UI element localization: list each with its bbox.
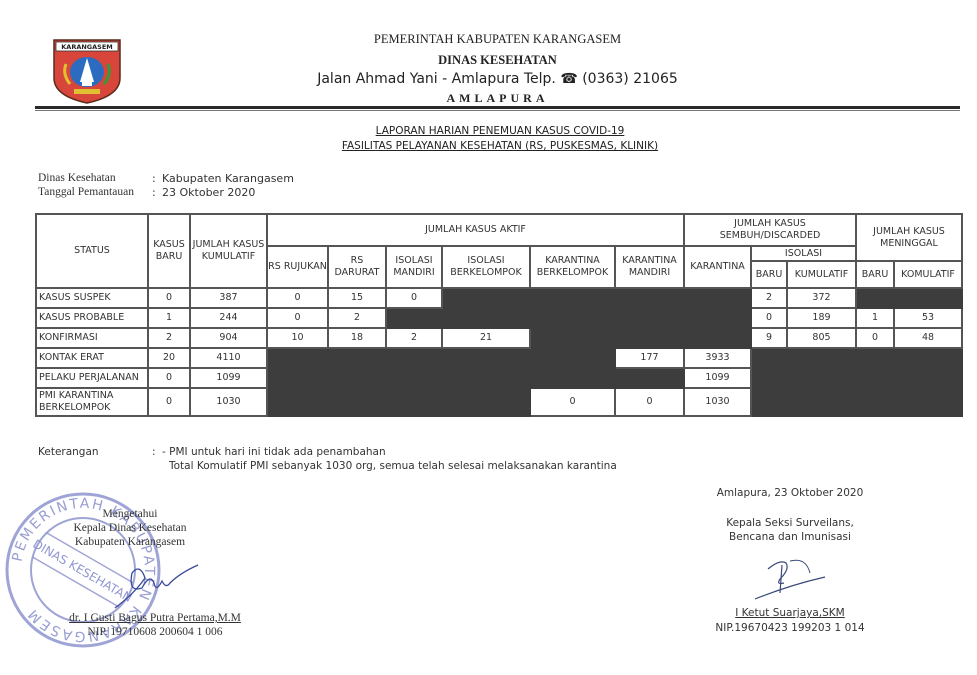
cell-rs-darurat: [328, 368, 386, 388]
cell-karantina: 1030: [684, 388, 751, 416]
cell-sembuh-baru: [751, 368, 787, 388]
cell-baru: 0: [148, 368, 190, 388]
cell-kumulatif: 904: [190, 328, 267, 348]
cell-meninggal-kumulatif: 53: [894, 308, 962, 328]
cell-rs-rujukan: [267, 388, 328, 416]
cell-baru: 1: [148, 308, 190, 328]
cell-rs-rujukan: 0: [267, 288, 328, 308]
cell-meninggal-kumulatif: [894, 368, 962, 388]
header-kasus-baru: KASUS BARU: [148, 214, 190, 288]
cell-status: KASUS PROBABLE: [36, 308, 148, 328]
meta-colon: :: [152, 186, 156, 199]
header-isolasi-baru: BARU: [751, 261, 787, 288]
cell-karantina: [684, 308, 751, 328]
header-karantina-mandiri: KARANTINA MANDIRI: [615, 246, 684, 288]
header-status: STATUS: [36, 214, 148, 288]
cell-status: PMI KARANTINA BERKELOMPOK: [36, 388, 148, 416]
cell-meninggal-baru: [856, 348, 894, 368]
header-rs-darurat: RS DARURAT: [328, 246, 386, 288]
cell-meninggal-baru: 1: [856, 308, 894, 328]
cell-karantina-berkelompok: [530, 328, 615, 348]
cell-karantina-berkelompok: [530, 308, 615, 328]
sig-right-line-2: Bencana dan Imunisasi: [690, 531, 890, 543]
cell-baru: 20: [148, 348, 190, 368]
table-body: KASUS SUSPEK038701502372KASUS PROBABLE12…: [36, 288, 962, 416]
cell-karantina-mandiri: [615, 328, 684, 348]
cell-meninggal-baru: 0: [856, 328, 894, 348]
cell-sembuh-baru: 9: [751, 328, 787, 348]
cell-meninggal-kumulatif: [894, 388, 962, 416]
cell-rs-darurat: 18: [328, 328, 386, 348]
cell-sembuh-kumulatif: 372: [787, 288, 856, 308]
table-row: KONTAK ERAT2041101773933: [36, 348, 962, 368]
cell-sembuh-kumulatif: [787, 388, 856, 416]
cell-kumulatif: 1030: [190, 388, 267, 416]
cell-karantina-mandiri: 177: [615, 348, 684, 368]
header-isolasi-berkelompok: ISOLASI BERKELOMPOK: [442, 246, 530, 288]
cell-isolasi-mandiri: 2: [386, 328, 442, 348]
table-row: PMI KARANTINA BERKELOMPOK01030001030: [36, 388, 962, 416]
cell-karantina-berkelompok: [530, 348, 615, 368]
cell-kumulatif: 387: [190, 288, 267, 308]
cell-meninggal-kumulatif: [894, 288, 962, 308]
header-rs-rujukan: RS RUJUKAN: [267, 246, 328, 288]
table-row: KASUS PROBABLE1244020189153: [36, 308, 962, 328]
letterhead-city: AMLAPURA: [300, 91, 695, 106]
header-kasus-aktif: JUMLAH KASUS AKTIF: [267, 214, 684, 246]
karangasem-logo: KARANGASEM: [52, 38, 122, 104]
cell-sembuh-kumulatif: 189: [787, 308, 856, 328]
cell-karantina-berkelompok: [530, 368, 615, 388]
cell-baru: 0: [148, 388, 190, 416]
cell-rs-rujukan: [267, 348, 328, 368]
letterhead-address: Jalan Ahmad Yani - Amlapura Telp. ☎ (036…: [300, 71, 695, 87]
cell-karantina-mandiri: [615, 368, 684, 388]
keterangan-line-2: Total Komulatif PMI sebanyak 1030 org, s…: [169, 460, 617, 472]
cell-karantina: 1099: [684, 368, 751, 388]
sig-right-place-date: Amlapura, 23 Oktober 2020: [690, 487, 890, 499]
cell-karantina-mandiri: 0: [615, 388, 684, 416]
sig-left-nip: NIP. 19710608 200604 1 006: [55, 626, 255, 638]
cell-meninggal-kumulatif: [894, 348, 962, 368]
cell-karantina: [684, 288, 751, 308]
cell-rs-darurat: [328, 348, 386, 368]
letterhead-government: PEMERINTAH KABUPATEN KARANGASEM: [300, 32, 695, 47]
cell-isolasi-berkelompok: 21: [442, 328, 530, 348]
cell-karantina: [684, 328, 751, 348]
handwritten-signature-left: [110, 553, 200, 613]
header-kasus-sembuh: JUMLAH KASUS SEMBUH/DISCARDED: [684, 214, 856, 246]
cell-isolasi-mandiri: [386, 388, 442, 416]
cell-sembuh-kumulatif: [787, 368, 856, 388]
cell-isolasi-mandiri: 0: [386, 288, 442, 308]
header-isolasi: ISOLASI: [751, 246, 856, 261]
cell-sembuh-baru: 0: [751, 308, 787, 328]
cell-isolasi-berkelompok: [442, 308, 530, 328]
cell-isolasi-mandiri: [386, 348, 442, 368]
table-row: PELAKU PERJALANAN010991099: [36, 368, 962, 388]
cell-rs-rujukan: 0: [267, 308, 328, 328]
cell-sembuh-kumulatif: [787, 348, 856, 368]
cell-sembuh-kumulatif: 805: [787, 328, 856, 348]
cell-rs-darurat: [328, 388, 386, 416]
handwritten-signature-right: [750, 555, 840, 605]
table-row: KONFIRMASI290410182219805048: [36, 328, 962, 348]
cell-karantina-berkelompok: 0: [530, 388, 615, 416]
covid-case-table: STATUS KASUS BARU JUMLAH KASUS KUMULATIF…: [35, 213, 963, 417]
cell-rs-darurat: 15: [328, 288, 386, 308]
header-jumlah-kumulatif: JUMLAH KASUS KUMULATIF: [190, 214, 267, 288]
report-subtitle: FASILITAS PELAYANAN KESEHATAN (RS, PUSKE…: [300, 140, 700, 152]
meta-value-tanggal: 23 Oktober 2020: [162, 186, 255, 199]
cell-sembuh-baru: 2: [751, 288, 787, 308]
letterhead-divider: [35, 106, 960, 109]
header-karantina: KARANTINA: [684, 246, 751, 288]
cell-baru: 0: [148, 288, 190, 308]
header-meninggal-baru: BARU: [856, 261, 894, 288]
keterangan-label: Keterangan: [38, 446, 99, 458]
cell-kumulatif: 1099: [190, 368, 267, 388]
cell-baru: 2: [148, 328, 190, 348]
sig-right-name: I Ketut Suarjaya,SKM: [690, 607, 890, 619]
sig-right-line-1: Kepala Seksi Surveilans,: [690, 517, 890, 529]
letterhead-agency: DINAS KESEHATAN: [300, 53, 695, 68]
sig-left-name: dr. I Gusti Bagus Putra Pertama,M.M: [55, 612, 255, 624]
cell-sembuh-baru: [751, 348, 787, 368]
cell-rs-darurat: 2: [328, 308, 386, 328]
sig-left-line-1: Mengetahui: [60, 508, 200, 520]
report-title: LAPORAN HARIAN PENEMUAN KASUS COVID-19: [300, 125, 700, 137]
header-isolasi-kumulatif: KUMULATIF: [787, 261, 856, 288]
cell-status: PELAKU PERJALANAN: [36, 368, 148, 388]
cell-rs-rujukan: 10: [267, 328, 328, 348]
sig-left-line-2: Kepala Dinas Kesehatan: [60, 522, 200, 534]
svg-text:KARANGASEM: KARANGASEM: [61, 43, 113, 51]
cell-meninggal-kumulatif: 48: [894, 328, 962, 348]
keterangan-colon: :: [152, 446, 156, 458]
header-karantina-berkelompok: KARANTINA BERKELOMPOK: [530, 246, 615, 288]
header-meninggal-kumulatif: KOMULATIF: [894, 261, 962, 288]
cell-meninggal-baru: [856, 388, 894, 416]
cell-karantina-mandiri: [615, 308, 684, 328]
cell-rs-rujukan: [267, 368, 328, 388]
cell-meninggal-baru: [856, 288, 894, 308]
header-isolasi-mandiri: ISOLASI MANDIRI: [386, 246, 442, 288]
sig-left-line-3: Kabupaten Karangasem: [60, 536, 200, 548]
meta-colon: :: [152, 172, 156, 185]
meta-value-dinas: Kabupaten Karangasem: [162, 172, 294, 185]
cell-meninggal-baru: [856, 368, 894, 388]
cell-kumulatif: 244: [190, 308, 267, 328]
keterangan-line-1: - PMI untuk hari ini tidak ada penambaha…: [162, 446, 386, 458]
meta-label-dinas: Dinas Kesehatan: [38, 172, 116, 184]
cell-karantina: 3933: [684, 348, 751, 368]
header-kasus-meninggal: JUMLAH KASUS MENINGGAL: [856, 214, 962, 261]
cell-isolasi-berkelompok: [442, 348, 530, 368]
cell-isolasi-berkelompok: [442, 288, 530, 308]
cell-isolasi-berkelompok: [442, 368, 530, 388]
meta-label-tanggal: Tanggal Pemantauan: [38, 186, 134, 198]
table-row: KASUS SUSPEK038701502372: [36, 288, 962, 308]
cell-karantina-mandiri: [615, 288, 684, 308]
sig-right-nip: NIP.19670423 199203 1 014: [690, 622, 890, 634]
letterhead-divider-thin: [35, 110, 960, 111]
cell-isolasi-berkelompok: [442, 388, 530, 416]
cell-karantina-berkelompok: [530, 288, 615, 308]
cell-sembuh-baru: [751, 388, 787, 416]
cell-isolasi-mandiri: [386, 368, 442, 388]
cell-status: KONFIRMASI: [36, 328, 148, 348]
cell-status: KASUS SUSPEK: [36, 288, 148, 308]
cell-isolasi-mandiri: [386, 308, 442, 328]
cell-kumulatif: 4110: [190, 348, 267, 368]
cell-status: KONTAK ERAT: [36, 348, 148, 368]
